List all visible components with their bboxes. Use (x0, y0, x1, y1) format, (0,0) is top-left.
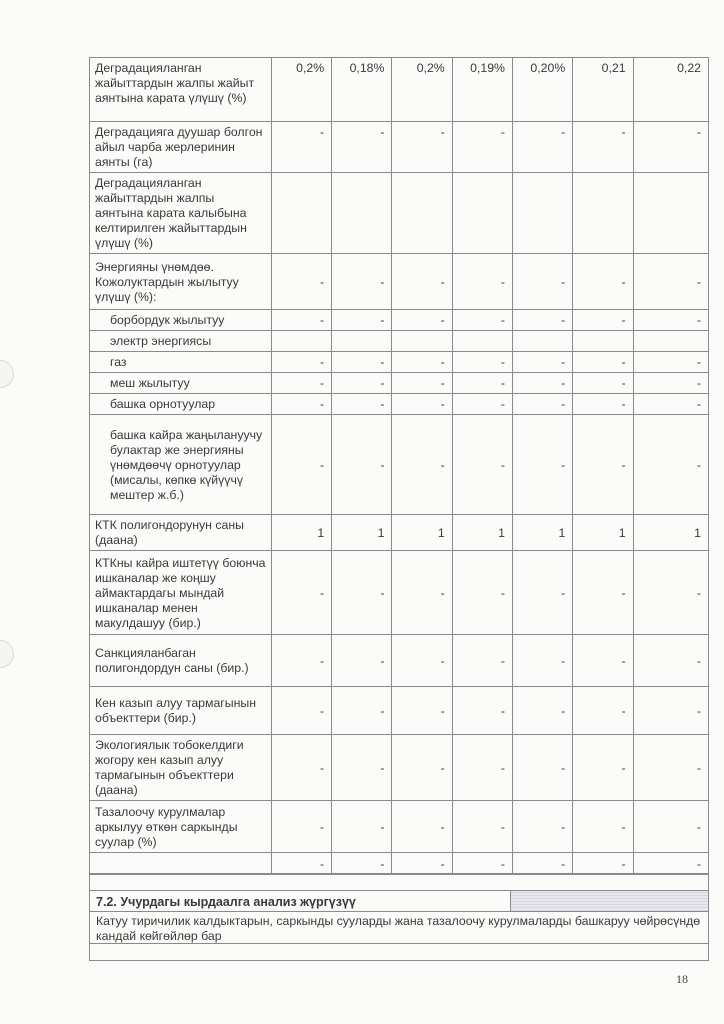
value-cell: 0,20% (513, 58, 573, 122)
value-cell: - (452, 687, 512, 735)
value-cell: - (392, 735, 452, 801)
value-cell: - (332, 122, 392, 173)
row-label: Санкцияланбаган полигондордун саны (бир.… (90, 635, 272, 687)
table-row: Деградацияга дуушар болгон айыл чарба же… (90, 122, 709, 173)
binder-hole (0, 640, 14, 668)
value-cell: - (332, 735, 392, 801)
value-cell: - (392, 551, 452, 635)
value-cell: - (452, 352, 512, 373)
value-cell: - (513, 551, 573, 635)
table-row: Деградацияланган жайыттардын жалпы жайыт… (90, 58, 709, 122)
value-cell (392, 173, 452, 254)
row-label: башка кайра жаңылануучу булактар же энер… (90, 415, 272, 515)
row-label: меш жылытуу (90, 373, 272, 394)
value-cell: - (513, 310, 573, 331)
row-label: Энергияны үнөмдөө. Кожолуктардын жылытуу… (90, 254, 272, 310)
value-cell: - (633, 254, 708, 310)
section-question: Катуу тиричилик калдыктарын, саркынды су… (89, 911, 709, 944)
value-cell: - (332, 853, 392, 875)
value-cell: - (573, 394, 633, 415)
value-cell: - (573, 373, 633, 394)
value-cell: - (271, 352, 331, 373)
value-cell: - (513, 254, 573, 310)
value-cell: - (573, 551, 633, 635)
table-row: Экологиялык тобокелдиги жогору кен казып… (90, 735, 709, 801)
value-cell: - (271, 635, 331, 687)
value-cell: - (332, 394, 392, 415)
row-label: газ (90, 352, 272, 373)
value-cell: - (392, 254, 452, 310)
value-cell: - (271, 415, 331, 515)
value-cell (452, 331, 512, 352)
value-cell (633, 331, 708, 352)
value-cell: - (392, 310, 452, 331)
value-cell: - (452, 853, 512, 875)
value-cell: - (392, 801, 452, 853)
row-label: КТКны кайра иштетүү боюнча ишканалар же … (90, 551, 272, 635)
value-cell: - (513, 687, 573, 735)
value-cell (271, 173, 331, 254)
value-cell: - (452, 254, 512, 310)
value-cell: - (452, 310, 512, 331)
answer-field[interactable] (89, 943, 709, 961)
value-cell: - (513, 373, 573, 394)
value-cell: - (573, 687, 633, 735)
value-cell: - (573, 415, 633, 515)
value-cell: - (271, 687, 331, 735)
value-cell: - (452, 635, 512, 687)
value-cell: - (633, 635, 708, 687)
value-cell: - (452, 373, 512, 394)
value-cell: 1 (513, 515, 573, 551)
value-cell: - (392, 373, 452, 394)
value-cell: - (633, 551, 708, 635)
value-cell: - (332, 635, 392, 687)
value-cell (392, 331, 452, 352)
value-cell: - (452, 122, 512, 173)
value-cell: 0,2% (392, 58, 452, 122)
value-cell: - (271, 735, 331, 801)
table-row: газ------- (90, 352, 709, 373)
value-cell: - (332, 551, 392, 635)
value-cell: - (392, 122, 452, 173)
value-cell: - (271, 394, 331, 415)
value-cell: - (271, 373, 331, 394)
table-row: башка кайра жаңылануучу булактар же энер… (90, 415, 709, 515)
document-page: Деградацияланган жайыттардын жалпы жайыт… (0, 0, 724, 1024)
table-row: электр энергиясы (90, 331, 709, 352)
value-cell: - (573, 352, 633, 373)
table-row: Тазалоочу курулмалар аркылуу өткөн саркы… (90, 801, 709, 853)
table-row: меш жылытуу------- (90, 373, 709, 394)
value-cell: - (271, 122, 331, 173)
table-row: Санкцияланбаган полигондордун саны (бир.… (90, 635, 709, 687)
table-row: ------- (90, 853, 709, 875)
value-cell: - (633, 394, 708, 415)
value-cell: - (452, 415, 512, 515)
row-label: Тазалоочу курулмалар аркылуу өткөн саркы… (90, 801, 272, 853)
value-cell: 1 (392, 515, 452, 551)
value-cell: 1 (271, 515, 331, 551)
row-label (90, 853, 272, 875)
value-cell: - (332, 687, 392, 735)
value-cell: - (633, 853, 708, 875)
value-cell: 0,22 (633, 58, 708, 122)
row-label: башка орнотуулар (90, 394, 272, 415)
value-cell: - (633, 310, 708, 331)
value-cell: - (633, 687, 708, 735)
value-cell: - (332, 415, 392, 515)
value-cell: - (452, 551, 512, 635)
value-cell: - (633, 801, 708, 853)
section-title: 7.2. Учурдагы кырдаалга анализ жүргүзүү (90, 891, 511, 911)
value-cell: - (573, 635, 633, 687)
value-cell: - (573, 254, 633, 310)
value-cell (452, 173, 512, 254)
value-cell: 0,2% (271, 58, 331, 122)
row-label: Деградацияга дуушар болгон айыл чарба же… (90, 122, 272, 173)
value-cell: - (633, 735, 708, 801)
value-cell: - (271, 801, 331, 853)
value-cell: 1 (633, 515, 708, 551)
value-cell (332, 331, 392, 352)
value-cell: - (332, 254, 392, 310)
value-cell: - (573, 853, 633, 875)
value-cell: - (392, 415, 452, 515)
value-cell: - (513, 853, 573, 875)
value-cell: - (573, 801, 633, 853)
table-row: КТК полигондорунун саны (даана)1111111 (90, 515, 709, 551)
binder-hole (0, 360, 14, 388)
value-cell: - (332, 801, 392, 853)
value-cell: 1 (452, 515, 512, 551)
value-cell: - (513, 394, 573, 415)
value-cell: 1 (332, 515, 392, 551)
value-cell: - (513, 735, 573, 801)
value-cell: - (573, 122, 633, 173)
value-cell: - (392, 853, 452, 875)
value-cell: - (573, 310, 633, 331)
value-cell: - (452, 801, 512, 853)
value-cell: - (392, 352, 452, 373)
value-cell: - (513, 122, 573, 173)
value-cell: - (513, 352, 573, 373)
row-label: борбордук жылытуу (90, 310, 272, 331)
value-cell: - (633, 122, 708, 173)
value-cell: - (392, 635, 452, 687)
value-cell: - (633, 415, 708, 515)
value-cell: 0,19% (452, 58, 512, 122)
table-row: Энергияны үнөмдөө. Кожолуктардын жылытуу… (90, 254, 709, 310)
value-cell: - (271, 853, 331, 875)
table-row: башка орнотуулар------- (90, 394, 709, 415)
table-row: Кен казып алуу тармагынын объекттери (би… (90, 687, 709, 735)
value-cell: - (452, 735, 512, 801)
value-cell: - (452, 394, 512, 415)
indicators-table: Деградацияланган жайыттардын жалпы жайыт… (89, 57, 709, 875)
value-cell: 0,21 (573, 58, 633, 122)
value-cell (271, 331, 331, 352)
value-cell (513, 173, 573, 254)
value-cell (513, 331, 573, 352)
value-cell: - (392, 394, 452, 415)
row-label: КТК полигондорунун саны (даана) (90, 515, 272, 551)
value-cell (633, 173, 708, 254)
value-cell: 1 (573, 515, 633, 551)
table-row: борбордук жылытуу------- (90, 310, 709, 331)
value-cell: - (392, 687, 452, 735)
value-cell: 0,18% (332, 58, 392, 122)
shaded-cell (511, 891, 708, 911)
value-cell: - (271, 310, 331, 331)
value-cell (573, 173, 633, 254)
value-cell: - (633, 352, 708, 373)
value-cell: - (513, 635, 573, 687)
row-label: электр энергиясы (90, 331, 272, 352)
value-cell: - (573, 735, 633, 801)
value-cell: - (633, 373, 708, 394)
value-cell (332, 173, 392, 254)
table-row: КТКны кайра иштетүү боюнча ишканалар же … (90, 551, 709, 635)
value-cell: - (513, 801, 573, 853)
table-row: Деградацияланган жайыттардын жалпы аянты… (90, 173, 709, 254)
section-header: 7.2. Учурдагы кырдаалга анализ жүргүзүү (89, 890, 709, 912)
value-cell: - (271, 551, 331, 635)
value-cell: - (332, 310, 392, 331)
value-cell: - (332, 373, 392, 394)
page-number: 18 (676, 972, 688, 987)
row-label: Кен казып алуу тармагынын объекттери (би… (90, 687, 272, 735)
blank-row (89, 873, 709, 891)
value-cell: - (271, 254, 331, 310)
value-cell (573, 331, 633, 352)
row-label: Деградацияланган жайыттардын жалпы аянты… (90, 173, 272, 254)
value-cell: - (332, 352, 392, 373)
row-label: Деградацияланган жайыттардын жалпы жайыт… (90, 58, 272, 122)
value-cell: - (513, 415, 573, 515)
row-label: Экологиялык тобокелдиги жогору кен казып… (90, 735, 272, 801)
